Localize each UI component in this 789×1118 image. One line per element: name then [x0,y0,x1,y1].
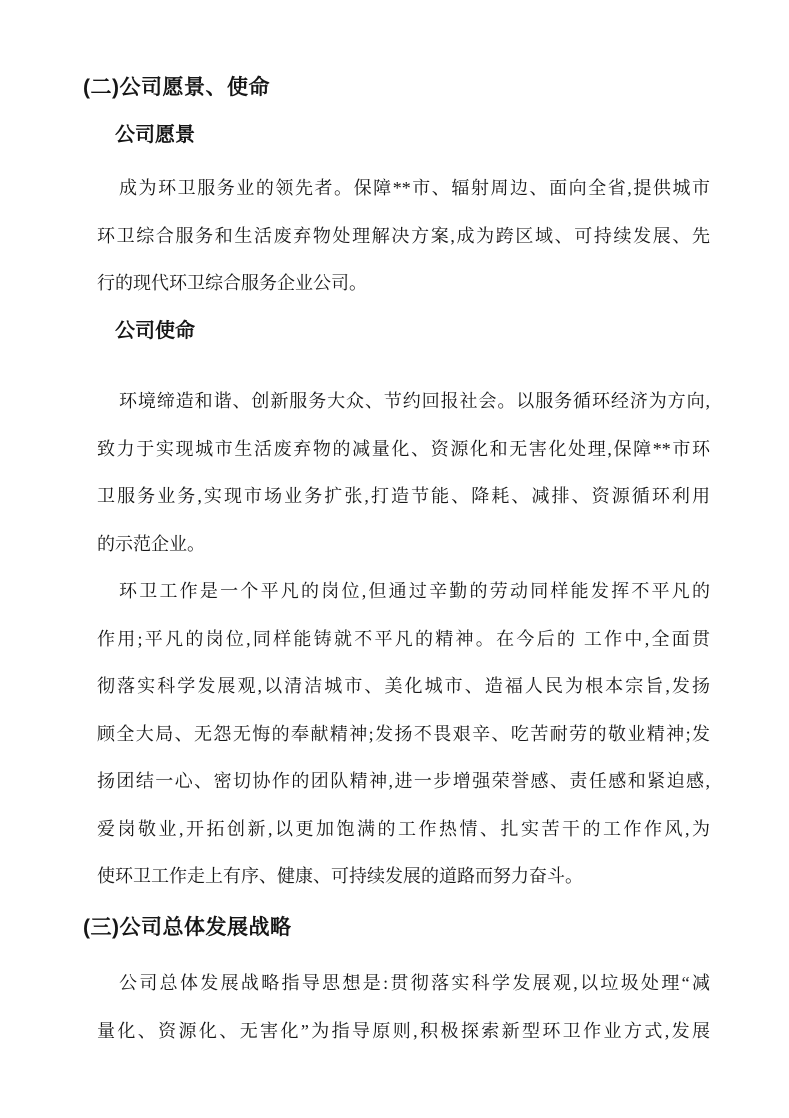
paragraph-line: 使环卫工作走上有序、健康、可持续发展的道路而努力奋斗。 [97,853,710,901]
paragraph-line: 爱岗敬业,开拓创新,以更加饱满的工作热情、扎实苦干的工作作风,为 [97,806,710,854]
paragraph-line: 行的现代环卫综合服务企业公司。 [97,260,710,308]
paragraph-line: 扬团结一心、密切协作的团队精神,进一步增强荣誉感、责任感和紧迫感, [97,758,710,806]
paragraph-line: 致力于实现城市生活废弃物的减量化、资源化和无害化处理,保障**市环 [97,426,710,474]
paragraph-sanitation-spirit: 环卫工作是一个平凡的岗位,但通过辛勤的劳动同样能发挥不平凡的 作用;平凡的岗位,… [97,568,710,901]
paragraph-line: 彻落实科学发展观,以清洁城市、美化城市、造福人民为根本宗旨,发扬 [97,663,710,711]
section-heading-vision-mission: (二)公司愿景、使命 [83,64,710,112]
paragraph-line: 公司总体发展战略指导思想是:贯彻落实科学发展观,以垃圾处理“减 [97,960,710,1008]
section-heading-development-strategy: (三)公司总体发展战略 [83,904,710,952]
paragraph-line: 卫服务业务,实现市场业务扩张,打造节能、降耗、减排、资源循环利用 [97,473,710,521]
paragraph-vision: 成为环卫服务业的领先者。保障**市、辐射周边、面向全省,提供城市 环卫综合服务和… [97,165,710,308]
subheading-company-vision: 公司愿景 [97,112,710,160]
paragraph-line: 的示范企业。 [97,521,710,569]
document-page: (二)公司愿景、使命 公司愿景 成为环卫服务业的领先者。保障**市、辐射周边、面… [0,0,789,1118]
paragraph-line: 顾全大局、无怨无悔的奉献精神;发扬不畏艰辛、吃苦耐劳的敬业精神;发 [97,711,710,759]
subheading-company-mission: 公司使命 [97,308,710,356]
paragraph-line: 量化、资源化、无害化”为指导原则,积极探索新型环卫作业方式,发展 [97,1008,710,1056]
paragraph-line: 环卫综合服务和生活废弃物处理解决方案,成为跨区域、可持续发展、先 [97,213,710,261]
paragraph-line: 成为环卫服务业的领先者。保障**市、辐射周边、面向全省,提供城市 [97,165,710,213]
paragraph-line: 环卫工作是一个平凡的岗位,但通过辛勤的劳动同样能发挥不平凡的 [97,568,710,616]
paragraph-line: 环境缔造和谐、创新服务大众、节约回报社会。以服务循环经济为方向, [97,378,710,426]
paragraph-mission: 环境缔造和谐、创新服务大众、节约回报社会。以服务循环经济为方向, 致力于实现城市… [97,378,710,568]
paragraph-strategy: 公司总体发展战略指导思想是:贯彻落实科学发展观,以垃圾处理“减 量化、资源化、无… [97,960,710,1055]
paragraph-line: 作用;平凡的岗位,同样能铸就不平凡的精神。在今后的 工作中,全面贯 [97,616,710,664]
